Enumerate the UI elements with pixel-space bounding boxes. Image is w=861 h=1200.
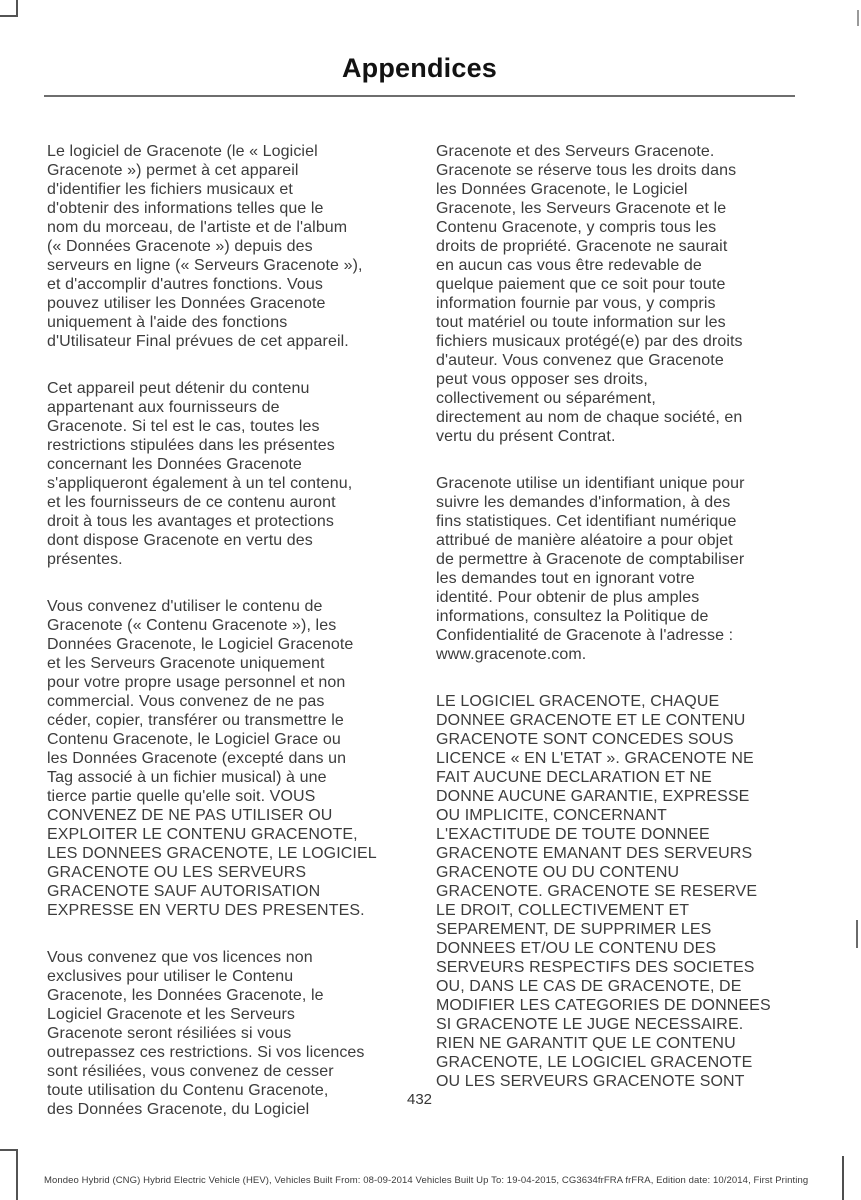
page-title: Appendices bbox=[44, 52, 795, 84]
manual-page: Appendices Le logiciel de Gracenote (le … bbox=[0, 0, 861, 1200]
title-divider bbox=[44, 95, 795, 97]
right-column: Gracenote et des Serveurs Gracenote. Gra… bbox=[436, 123, 804, 1119]
page-number: 432 bbox=[44, 1091, 795, 1108]
crop-mark-mid-right-icon bbox=[856, 920, 858, 948]
paragraph-as-is-disclaimer: LE LOGICIEL GRACENOTE, CHAQUE DONNEE GRA… bbox=[436, 692, 804, 1091]
crop-mark-bottom-left-icon bbox=[0, 1149, 18, 1200]
paragraph-content-providers: Cet appareil peut détenir du contenu app… bbox=[47, 379, 425, 569]
crop-mark-top-left-icon bbox=[0, 0, 18, 17]
paragraph-rights-reserved: Gracenote et des Serveurs Gracenote. Gra… bbox=[436, 142, 804, 446]
footer-imprint: Mondeo Hybrid (CNG) Hybrid Electric Vehi… bbox=[44, 1175, 844, 1186]
crop-mark-top-right-icon bbox=[857, 10, 859, 26]
paragraph-personal-use: Vous convenez d'utiliser le contenu de G… bbox=[47, 597, 425, 920]
paragraph-license-intro: Le logiciel de Gracenote (le « Logiciel … bbox=[47, 142, 425, 351]
paragraph-unique-identifier: Gracenote utilise un identifiant unique … bbox=[436, 474, 804, 664]
left-column: Le logiciel de Gracenote (le « Logiciel … bbox=[47, 123, 425, 1147]
